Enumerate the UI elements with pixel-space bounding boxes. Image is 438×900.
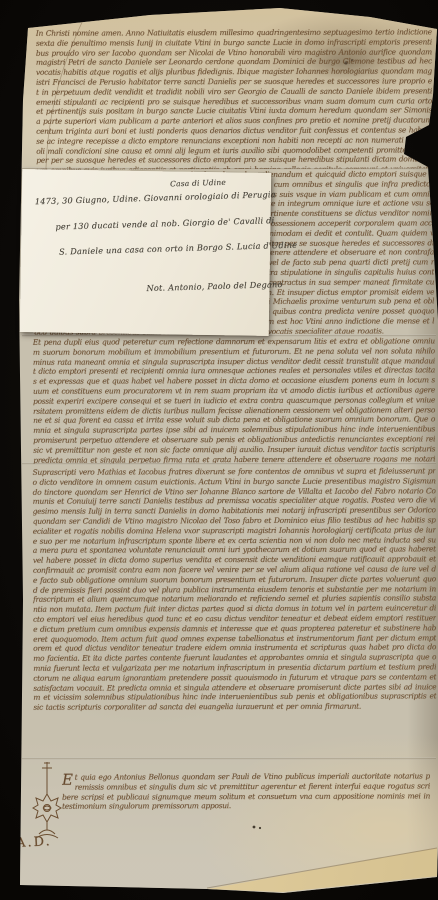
notary-initials: A.D. bbox=[16, 834, 52, 851]
card-corner-note: Casa di Udine bbox=[170, 178, 226, 189]
parchment-sheet: 145 In Christi nomine amen. Anno Natiuit… bbox=[0, 0, 438, 900]
card-summary-line-3: S. Daniele una casa con orto in Borgo S.… bbox=[59, 240, 297, 257]
subscription-text: t quia ego Antonius Bellonus quondam ser… bbox=[62, 771, 430, 811]
fold-crease bbox=[22, 757, 436, 760]
notarial-sign-icon bbox=[33, 762, 61, 838]
manuscript-text-block-4: Suprascripti vero Mathias et Iacobus fra… bbox=[32, 466, 436, 755]
manuscript-text-block-1: In Christi nomine amen. Anno Natiuitatis… bbox=[36, 27, 432, 169]
card-summary-line-2: per 130 ducati vende al nob. Giorgio de'… bbox=[55, 215, 274, 231]
card-notary-line: Not. Antonio, Paolo del Degano bbox=[146, 279, 282, 293]
subscription-initial: E bbox=[62, 773, 73, 787]
notary-subscription-block: Et quia ego Antonius Bellonus quondam se… bbox=[62, 771, 430, 822]
manuscript-text-block-3: Et pena dupli eius quod peteretur cum re… bbox=[33, 336, 435, 463]
card-summary-line-1: 1473, 30 Giugno, Udine. Giovanni orologi… bbox=[35, 189, 276, 206]
archivist-note-card: Casa di Udine 1473, 30 Giugno, Udine. Gi… bbox=[20, 169, 272, 336]
